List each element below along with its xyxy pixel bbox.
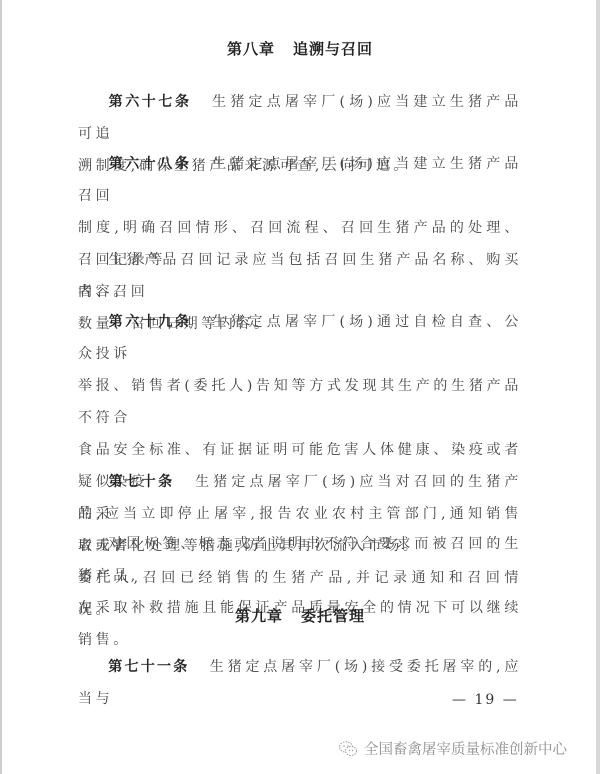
chapter-heading-8: 第八章追溯与召回 — [78, 38, 522, 59]
article-label: 第七十一条 — [108, 659, 190, 675]
watermark-text: 全国畜禽屠宰质量标准创新中心 — [364, 738, 567, 759]
line: 举报、销售者(委托人)告知等方式发现其生产的生猪产品不符合 — [78, 378, 522, 426]
page-border-left — [0, 0, 2, 774]
article-label: 第六十八条 — [108, 156, 192, 172]
chapter-number: 第九章 — [235, 607, 283, 625]
watermark: 全国畜禽屠宰质量标准创新中心 — [338, 738, 567, 759]
chapter-title: 追溯与召回 — [293, 40, 373, 58]
line: 对因标签、标志或者说明书不符合要求而被召回的生猪产品, — [78, 536, 522, 584]
wechat-icon — [338, 740, 358, 758]
paragraph-label-recall: 对因标签、标志或者说明书不符合要求而被召回的生猪产品, 在采取补救措施且能保证产… — [78, 528, 522, 656]
article-label: 第六十七条 — [108, 94, 192, 110]
chapter-number: 第八章 — [227, 40, 275, 58]
line: 生猪产品召回记录应当包括召回生猪产品名称、购买者、召回 — [78, 252, 522, 300]
chapter-title: 委托管理 — [301, 607, 365, 625]
page-border-right — [596, 0, 600, 774]
article-label: 第七十条 — [108, 474, 175, 490]
page-number: — 19 — — [452, 692, 519, 708]
article-label: 第六十九条 — [108, 314, 192, 330]
chapter-heading-9: 第九章委托管理 — [78, 605, 522, 626]
document-page: 第八章追溯与召回 第六十七条生猪定点屠宰厂(场)应当建立生猪产品可追 溯制度,确… — [0, 0, 600, 774]
